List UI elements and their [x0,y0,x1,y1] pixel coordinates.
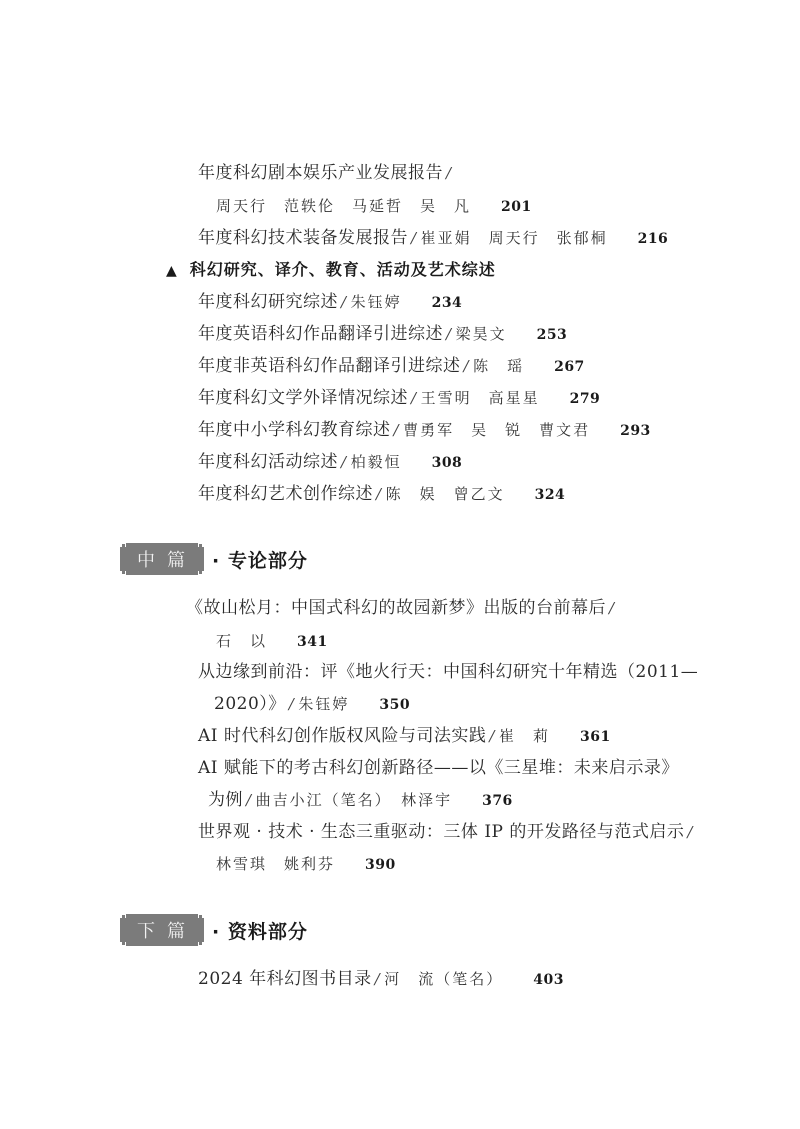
toc-entry[interactable]: 2024 年科幻图书目录/河 流（笔名）403 [198,968,564,991]
separator: / [394,421,400,439]
entry-title: 年度科幻技术装备发展报告 [198,228,408,248]
toc-entry-line1[interactable]: 从边缘到前沿：评《地火行天：中国科幻研究十年精选（2011— [198,661,698,683]
entry-authors: 王雪明 高星星 [421,389,540,407]
corner-dot-icon [122,942,125,945]
entry-title: AI 时代科幻创作版权风险与司法实践 [198,726,486,746]
part-badge: 下篇 [120,914,204,946]
toc-entry-line1[interactable]: 《故山松月：中国式科幻的故园新梦》出版的台前幕后/ [186,597,619,619]
entry-title: 从边缘到前沿：评《地火行天：中国科幻研究十年精选（2011— [198,662,698,682]
entry-page: 253 [537,327,568,343]
part-title: · 资料部分 [212,917,308,944]
corner-dot-icon [122,915,125,918]
toc-entry[interactable]: 年度科幻活动综述/柏毅恒308 [198,451,462,474]
entry-page: 234 [432,295,463,311]
entry-authors: 陈 娱 曾乙文 [386,485,505,503]
entry-authors: 崔亚娟 周天行 张郁桐 [421,229,608,247]
entry-page: 361 [580,729,611,745]
entry-title: 《故山松月：中国式科幻的故园新梦》出版的台前幕后 [186,598,606,618]
corner-dot-icon [199,915,202,918]
entry-authors: 朱钰婷 [298,695,349,713]
separator: / [464,357,470,375]
entry-authors: 石 以 [216,632,267,650]
entry-page: 267 [554,359,585,375]
entry-page: 201 [501,199,532,215]
toc-entry-line2[interactable]: 为例/曲吉小江（笔名） 林泽宇376 [208,789,513,812]
entry-authors: 崔 莉 [499,727,550,745]
entry-page: 324 [535,487,566,503]
corner-dot-icon [199,571,202,574]
corner-dot-icon [199,544,202,547]
part-badge: 中篇 [120,543,204,575]
subsection-title: 科幻研究、译介、教育、活动及艺术综述 [190,260,496,279]
triangle-marker-icon: ▲ [166,260,178,282]
toc-entry[interactable]: 年度科幻文学外译情况综述/王雪明 高星星279 [198,387,600,410]
entry-authors: 曹勇军 吴 锐 曹文君 [403,421,590,439]
entry-authors: 林雪琪 姚利芬 [216,855,335,873]
toc-entry-line2[interactable]: 2020）》/朱钰婷350 [214,693,410,716]
toc-entry-line1[interactable]: AI 赋能下的考古科幻创新路径——以《三星堆：未来启示录》 [198,757,679,779]
toc-entry[interactable]: 年度科幻艺术创作综述/陈 娱 曾乙文324 [198,483,565,506]
part-header-lower: 下篇 · 资料部分 [120,913,308,947]
entry-title: 年度科幻剧本娱乐产业发展报告 [198,163,443,183]
toc-entry-line2[interactable]: 石 以341 [216,630,328,653]
separator: / [246,791,252,809]
separator: / [376,485,382,503]
entry-page: 390 [365,857,396,873]
entry-page: 341 [297,634,328,650]
entry-authors: 曲吉小江（笔名） 林泽宇 [256,791,453,809]
separator: / [411,389,417,407]
subsection-heading: ▲科幻研究、译介、教育、活动及艺术综述 [166,259,496,282]
separator: / [489,727,495,745]
entry-page: 403 [533,972,564,988]
entry-title: 年度科幻艺术创作综述 [198,484,373,504]
toc-entry-tech-equipment-report[interactable]: 年度科幻技术装备发展报告/崔亚娟 周天行 张郁桐216 [198,227,668,250]
toc-entry[interactable]: 年度非英语科幻作品翻译引进综述/陈 瑶267 [198,355,585,378]
corner-dot-icon [199,942,202,945]
entry-page: 308 [432,455,463,471]
separator: / [446,164,452,182]
separator: / [375,970,381,988]
toc-entry-screenplay-report-authors[interactable]: 周天行 范轶伦 马延哲 吴 凡201 [216,195,532,218]
entry-page: 376 [482,793,513,809]
entry-title: 年度科幻研究综述 [198,292,338,312]
toc-entry[interactable]: AI 时代科幻创作版权风险与司法实践/崔 莉361 [198,725,611,748]
corner-dot-icon [122,571,125,574]
separator: / [609,599,615,617]
separator: / [446,325,452,343]
separator: / [289,695,295,713]
toc-entry-line2[interactable]: 林雪琪 姚利芬390 [216,853,396,876]
entry-authors: 梁昊文 [456,325,507,343]
entry-title: 年度科幻活动综述 [198,452,338,472]
part-header-middle: 中篇 · 专论部分 [120,542,308,576]
toc-entry[interactable]: 年度英语科幻作品翻译引进综述/梁昊文253 [198,323,567,346]
entry-title: 年度科幻文学外译情况综述 [198,388,408,408]
toc-entry[interactable]: 年度科幻研究综述/朱钰婷234 [198,291,462,314]
entry-title: 2024 年科幻图书目录 [198,969,372,989]
entry-authors: 河 流（笔名） [384,970,503,988]
entry-title: 年度中小学科幻教育综述 [198,420,391,440]
separator: / [687,823,693,841]
corner-dot-icon [122,544,125,547]
entry-authors: 朱钰婷 [351,293,402,311]
entry-title-cont: 2020）》 [214,694,286,714]
separator: / [341,453,347,471]
part-title: · 专论部分 [212,546,308,573]
toc-entry-screenplay-report[interactable]: 年度科幻剧本娱乐产业发展报告/ [198,162,456,184]
entry-title: 年度英语科幻作品翻译引进综述 [198,324,443,344]
entry-authors: 周天行 范轶伦 马延哲 吴 凡 [216,197,471,215]
toc-entry[interactable]: 年度中小学科幻教育综述/曹勇军 吴 锐 曹文君293 [198,419,651,442]
entry-page: 350 [379,697,410,713]
entry-title: AI 赋能下的考古科幻创新路径——以《三星堆：未来启示录》 [198,758,679,778]
entry-title: 年度非英语科幻作品翻译引进综述 [198,356,461,376]
separator: / [411,229,417,247]
entry-authors: 陈 瑶 [473,357,524,375]
entry-authors: 柏毅恒 [351,453,402,471]
entry-page: 216 [638,231,669,247]
entry-title: 世界观 · 技术 · 生态三重驱动：三体 IP 的开发路径与范式启示 [198,822,684,842]
toc-entry-line1[interactable]: 世界观 · 技术 · 生态三重驱动：三体 IP 的开发路径与范式启示/ [198,821,697,843]
separator: / [341,293,347,311]
entry-page: 293 [620,423,651,439]
entry-title-cont: 为例 [208,790,243,810]
entry-page: 279 [570,391,601,407]
